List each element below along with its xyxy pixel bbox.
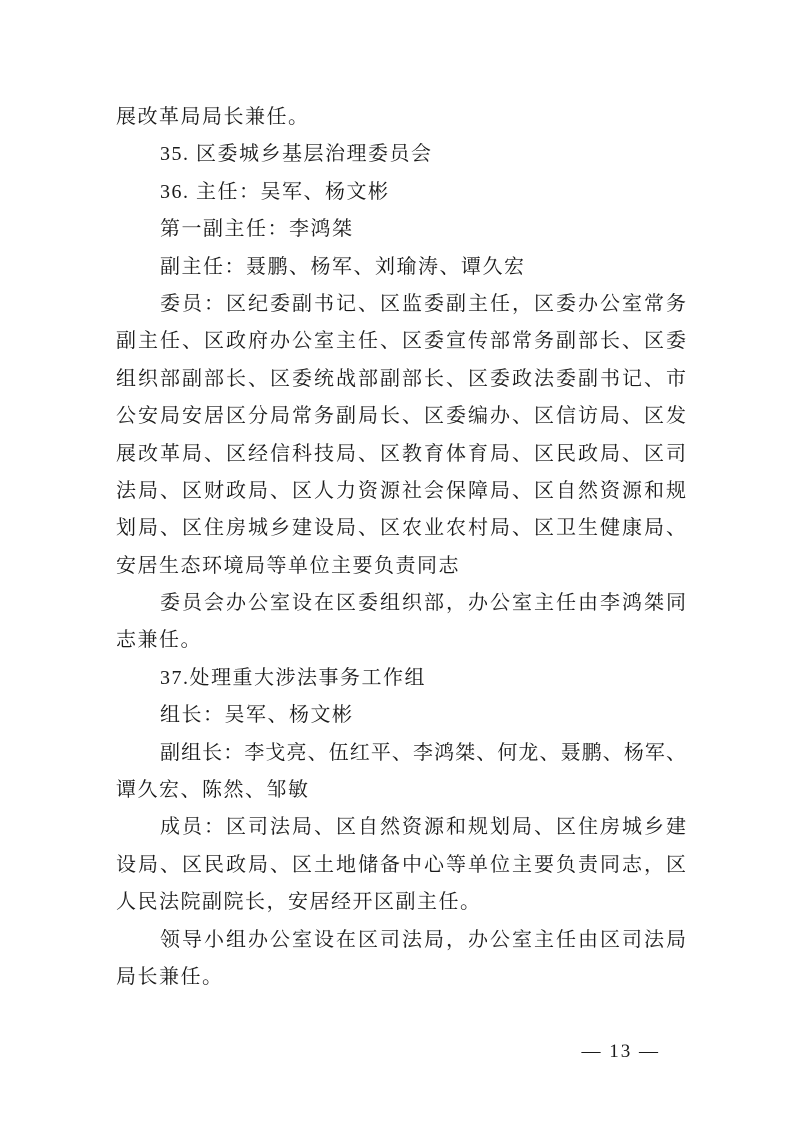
text-line: 公安局安居区分局常务副局长、区委编办、区信访局、区发 (116, 398, 686, 435)
document-page: 展改革局局长兼任。35. 区委城乡基层治理委员会36. 主任：吴军、杨文彬第一副… (0, 0, 793, 1122)
text-line: 谭久宏、陈然、邹敏 (116, 772, 686, 809)
text-line: 35. 区委城乡基层治理委员会 (116, 136, 686, 173)
text-line: 第一副主任：李鸿桀 (116, 211, 686, 248)
text-line: 局长兼任。 (116, 959, 686, 996)
text-line: 人民法院副院长，安居经开区副主任。 (116, 884, 686, 921)
text-line: 副组长：李戈亮、伍红平、李鸿桀、何龙、聂鹏、杨军、 (116, 735, 686, 772)
text-line: 安居生态环境局等单位主要负责同志 (116, 548, 686, 585)
text-line: 法局、区财政局、区人力资源社会保障局、区自然资源和规 (116, 473, 686, 510)
text-line: 划局、区住房城乡建设局、区农业农村局、区卫生健康局、 (116, 510, 686, 547)
text-line: 设局、区民政局、区土地储备中心等单位主要负责同志，区 (116, 847, 686, 884)
text-line: 副主任、区政府办公室主任、区委宣传部常务副部长、区委 (116, 323, 686, 360)
text-line: 展改革局局长兼任。 (116, 99, 686, 136)
document-body: 展改革局局长兼任。35. 区委城乡基层治理委员会36. 主任：吴军、杨文彬第一副… (116, 99, 686, 996)
text-line: 37.处理重大涉法事务工作组 (116, 660, 686, 697)
text-line: 组织部副部长、区委统战部副部长、区委政法委副书记、市 (116, 361, 686, 398)
page-number: — 13 — (582, 1040, 661, 1064)
text-line: 展改革局、区经信科技局、区教育体育局、区民政局、区司 (116, 436, 686, 473)
text-line: 36. 主任：吴军、杨文彬 (116, 174, 686, 211)
text-line: 志兼任。 (116, 622, 686, 659)
text-line: 组长：吴军、杨文彬 (116, 697, 686, 734)
text-line: 成员：区司法局、区自然资源和规划局、区住房城乡建 (116, 809, 686, 846)
text-line: 委员：区纪委副书记、区监委副主任，区委办公室常务 (116, 286, 686, 323)
text-line: 委员会办公室设在区委组织部，办公室主任由李鸿桀同 (116, 585, 686, 622)
text-line: 副主任：聂鹏、杨军、刘瑜涛、谭久宏 (116, 249, 686, 286)
text-line: 领导小组办公室设在区司法局，办公室主任由区司法局 (116, 922, 686, 959)
